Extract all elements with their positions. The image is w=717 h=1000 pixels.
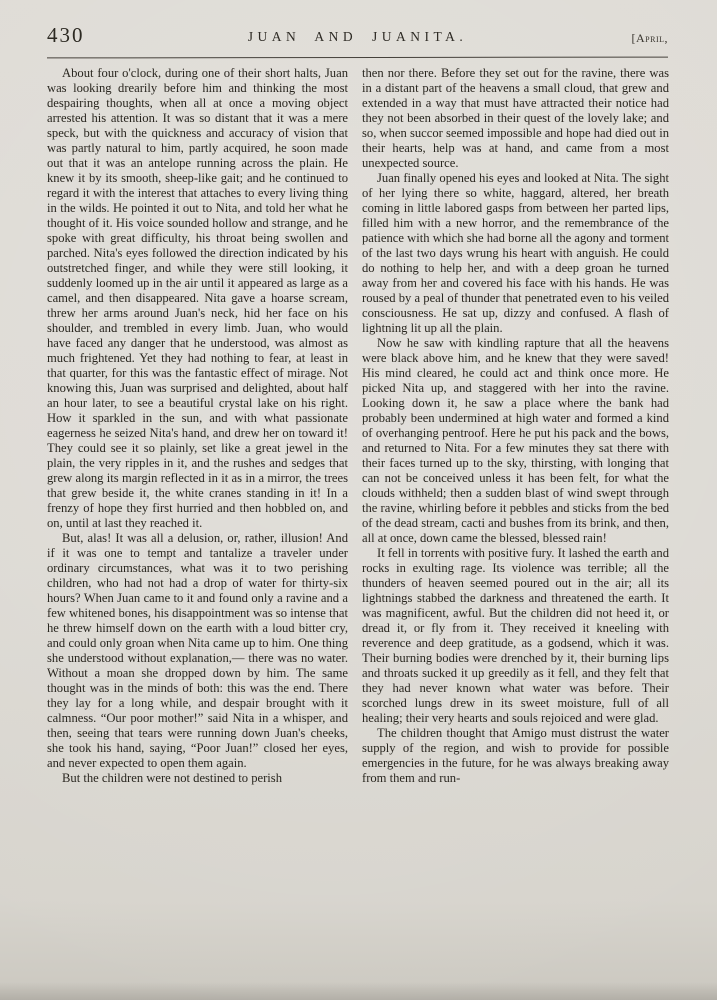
paragraph: It fell in torrents with positive fury. … — [362, 546, 669, 726]
paragraph: The children thought that Amigo must dis… — [362, 726, 669, 786]
paragraph: About four o'clock, during one of their … — [47, 66, 348, 531]
left-column: About four o'clock, during one of their … — [47, 66, 348, 786]
paragraph: But, alas! It was all a delusion, or, ra… — [47, 531, 348, 771]
issue-date-label: [April, — [632, 31, 669, 46]
paragraph-continuation: then nor there. Before they set out for … — [362, 66, 669, 171]
header-rule — [47, 57, 668, 59]
paragraph: But the children were not destined to pe… — [47, 771, 348, 786]
text-columns: About four o'clock, during one of their … — [47, 66, 669, 786]
paragraph: Juan finally opened his eyes and looked … — [362, 171, 669, 336]
right-column: then nor there. Before they set out for … — [362, 66, 669, 786]
paragraph: Now he saw with kindling rapture that al… — [362, 336, 669, 546]
scanned-book-page: 430 JUAN AND JUANITA. [April, About four… — [0, 0, 717, 1000]
page-header: 430 JUAN AND JUANITA. [April, — [47, 22, 668, 50]
running-title: JUAN AND JUANITA. — [47, 29, 668, 45]
